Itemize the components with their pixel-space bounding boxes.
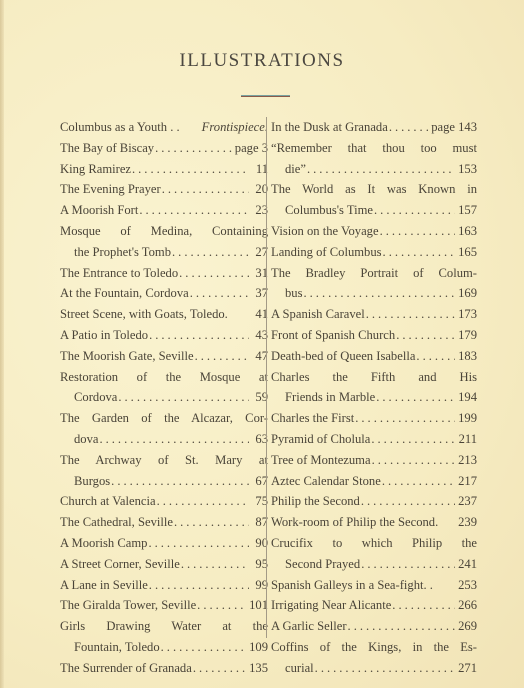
entry-page-number: 253 <box>458 575 477 596</box>
leader-dots <box>304 283 456 304</box>
leader-dots <box>181 554 249 575</box>
illustration-entry: Second Prayed241 <box>271 554 477 575</box>
leader-dots <box>372 450 456 471</box>
entry-title: Landing of Columbus <box>271 242 382 263</box>
entry-title: A Spanish Caravel <box>271 304 365 325</box>
entry-title: Columbus's Time <box>285 200 373 221</box>
illustration-entry: A Lane in Seville99 <box>60 575 268 596</box>
entry-title: The Entrance to Toledo <box>60 263 178 284</box>
illustration-entry: A Garlic Seller269 <box>271 616 477 637</box>
illustration-entry: Death-bed of Queen Isabella183 <box>271 346 477 367</box>
entry-title: Charles the Fifth and His <box>271 367 477 388</box>
leader-dots <box>190 283 249 304</box>
entry-title: Burgos <box>74 471 110 492</box>
illustration-entry: “Remember that thou too must <box>271 138 477 159</box>
illustration-entry: Burgos67 <box>60 471 268 492</box>
entry-title: Crucifix to which Philip the <box>271 533 477 554</box>
entry-page-number: 179 <box>458 325 477 346</box>
entry-title: bus <box>285 283 303 304</box>
illustration-entry: the Prophet's Tomb27 <box>60 242 268 263</box>
illustration-entry: dova63 <box>60 429 268 450</box>
illustration-entry: The Bay of Biscaypage 3 <box>60 138 268 159</box>
leader-dots <box>392 595 455 616</box>
leader-dots <box>366 304 455 325</box>
entry-title: Mosque of Medina, Containing <box>60 221 268 242</box>
entry-title: The Surrender of Granada <box>60 658 192 679</box>
illustration-entry: Pyramid of Cholula211 <box>271 429 477 450</box>
entry-title: curial <box>285 658 314 679</box>
entry-title: The Bay of Biscay <box>60 138 154 159</box>
leader-dots <box>197 595 246 616</box>
leader-dots <box>172 242 249 263</box>
leader-dots <box>348 616 456 637</box>
entry-title: die” <box>285 159 306 180</box>
entry-title: Charles the First <box>271 408 354 429</box>
entry-title: Church at Valencia <box>60 491 156 512</box>
entry-title: A Moorish Camp <box>60 533 147 554</box>
entry-title: Friends in Marble <box>285 387 375 408</box>
leader-dots <box>374 200 455 221</box>
entry-page-number: 211 <box>459 429 477 450</box>
illustration-entry: The Cathedral, Seville87 <box>60 512 268 533</box>
entry-page-number: 169 <box>458 283 477 304</box>
entry-page-number: 237 <box>458 491 477 512</box>
illustration-entry: The Giralda Tower, Seville101 <box>60 595 268 616</box>
entry-title: Cordova <box>74 387 117 408</box>
right-column: In the Dusk at Granadapage 143“Remember … <box>271 117 477 679</box>
leader-dots <box>179 263 249 284</box>
entry-title: A Patio in Toledo <box>60 325 148 346</box>
leader-dots <box>99 429 249 450</box>
illustration-entry: Columbus as a Youth . .Frontispiece. <box>60 117 268 138</box>
page-binding-edge <box>0 0 4 688</box>
entry-title: Tree of Montezuma <box>271 450 371 471</box>
illustration-entry: In the Dusk at Granadapage 143 <box>271 117 477 138</box>
illustration-entry: The Surrender of Granada135 <box>60 658 268 679</box>
entry-page-number: 173 <box>458 304 477 325</box>
entry-page-number: 271 <box>458 658 477 679</box>
leader-dots <box>161 637 246 658</box>
entry-page-number: 217 <box>458 471 477 492</box>
entry-title: Death-bed of Queen Isabella <box>271 346 415 367</box>
entry-page-number: 135 <box>249 658 268 679</box>
entry-page-number: 241 <box>458 554 477 575</box>
leader-dots <box>174 512 249 533</box>
entry-title: The Evening Prayer <box>60 179 161 200</box>
illustration-entry: die”153 <box>271 159 477 180</box>
leader-dots <box>380 221 456 242</box>
illustration-entry: Charles the Fifth and His <box>271 367 477 388</box>
illustration-entry: The Garden of the Alcazar, Cor- <box>60 408 268 429</box>
illustration-entry: Spanish Galleys in a Sea-fight. .253 <box>271 575 477 596</box>
illustration-entry: Vision on the Voyage163 <box>271 221 477 242</box>
illustration-entry: Charles the First199 <box>271 408 477 429</box>
entry-title: Spanish Galleys in a Sea-fight. . <box>271 575 433 596</box>
illustration-entry: Tree of Montezuma213 <box>271 450 477 471</box>
column-divider <box>266 117 267 638</box>
illustration-entry: Girls Drawing Water at the <box>60 616 268 637</box>
illustration-entry: King Ramirez11 <box>60 159 268 180</box>
entry-page-number: 194 <box>458 387 477 408</box>
illustration-entry: A Spanish Caravel173 <box>271 304 477 325</box>
entry-title: A Street Corner, Seville <box>60 554 180 575</box>
entry-title: Pyramid of Cholula <box>271 429 370 450</box>
leader-dots <box>355 408 455 429</box>
entry-page-number: Frontispiece. <box>202 117 268 138</box>
entry-title: Irrigating Near Alicante <box>271 595 391 616</box>
entry-page-number: 266 <box>458 595 477 616</box>
illustration-entry: Work-room of Philip the Second.239 <box>271 512 477 533</box>
illustration-entry: The Bradley Portrait of Colum- <box>271 263 477 284</box>
illustration-entry: A Street Corner, Seville95 <box>60 554 268 575</box>
illustration-entry: A Patio in Toledo43 <box>60 325 268 346</box>
leader-dots <box>396 325 455 346</box>
leader-dots <box>371 429 455 450</box>
entry-title: The Garden of the Alcazar, Cor- <box>60 408 268 429</box>
leader-dots <box>307 159 455 180</box>
entry-title: The Cathedral, Seville <box>60 512 173 533</box>
title-rule <box>241 95 290 97</box>
leader-dots <box>157 491 249 512</box>
illustration-entry: Fountain, Toledo109 <box>60 637 268 658</box>
illustration-entry: Crucifix to which Philip the <box>271 533 477 554</box>
leader-dots <box>111 471 249 492</box>
illustration-entry: curial271 <box>271 658 477 679</box>
illustration-entry: Friends in Marble194 <box>271 387 477 408</box>
illustration-entry: The Archway of St. Mary at <box>60 450 268 471</box>
entry-title: Front of Spanish Church <box>271 325 395 346</box>
entry-title: dova <box>74 429 98 450</box>
entry-page-number: 199 <box>458 408 477 429</box>
entry-title: A Moorish Fort <box>60 200 138 221</box>
illustration-entry: Mosque of Medina, Containing <box>60 221 268 242</box>
leader-dots <box>155 138 232 159</box>
illustration-entry: Coffins of the Kings, in the Es- <box>271 637 477 658</box>
page-title: ILLUSTRATIONS <box>0 50 524 72</box>
illustration-entry: Columbus's Time157 <box>271 200 477 221</box>
illustration-entry: Street Scene, with Goats, Toledo.41 <box>60 304 268 325</box>
entry-page-number: 183 <box>458 346 477 367</box>
entry-title: “Remember that thou too must <box>271 138 477 159</box>
illustration-entry: Cordova59 <box>60 387 268 408</box>
leader-dots <box>148 533 249 554</box>
entry-title: the Prophet's Tomb <box>74 242 171 263</box>
illustration-entry: A Moorish Fort23 <box>60 200 268 221</box>
leader-dots <box>162 179 249 200</box>
illustration-entry: Landing of Columbus165 <box>271 242 477 263</box>
leader-dots <box>389 117 428 138</box>
entry-page-number: 213 <box>458 450 477 471</box>
leader-dots <box>195 346 249 367</box>
leader-dots <box>382 471 455 492</box>
illustration-entry: The Entrance to Toledo31 <box>60 263 268 284</box>
entry-title: The Moorish Gate, Seville <box>60 346 194 367</box>
entry-title: Philip the Second <box>271 491 360 512</box>
entry-title: The Giralda Tower, Seville <box>60 595 196 616</box>
left-column: Columbus as a Youth . .Frontispiece.The … <box>60 117 268 679</box>
entry-title: Restoration of the Mosque at <box>60 367 268 388</box>
entry-title: The Archway of St. Mary at <box>60 450 268 471</box>
entry-title: King Ramirez <box>60 159 131 180</box>
entry-page-number: 153 <box>458 159 477 180</box>
illustration-entry: The World as It was Known in <box>271 179 477 200</box>
entry-page-number: page 3 <box>235 138 268 159</box>
entry-page-number: 239 <box>458 512 477 533</box>
illustration-entry: Aztec Calendar Stone217 <box>271 471 477 492</box>
illustration-entry: The Moorish Gate, Seville47 <box>60 346 268 367</box>
entry-title: Vision on the Voyage <box>271 221 379 242</box>
entry-page-number: 163 <box>458 221 477 242</box>
entry-title: Street Scene, with Goats, Toledo. <box>60 304 228 325</box>
leader-dots <box>118 387 249 408</box>
entry-title: Second Prayed <box>285 554 360 575</box>
entry-title: Girls Drawing Water at the <box>60 616 268 637</box>
entry-title: Columbus as a Youth . . <box>60 117 180 138</box>
leader-dots <box>361 491 455 512</box>
entry-page-number: 165 <box>458 242 477 263</box>
entry-title: Aztec Calendar Stone <box>271 471 381 492</box>
entry-title: In the Dusk at Granada <box>271 117 388 138</box>
entry-title: At the Fountain, Cordova <box>60 283 189 304</box>
illustration-entry: The Evening Prayer20 <box>60 179 268 200</box>
illustration-entry: Front of Spanish Church179 <box>271 325 477 346</box>
entry-page-number: 269 <box>458 616 477 637</box>
entry-title: A Garlic Seller <box>271 616 347 637</box>
leader-dots <box>383 242 456 263</box>
leader-dots <box>416 346 455 367</box>
illustration-entry: bus169 <box>271 283 477 304</box>
illustration-entry: A Moorish Camp90 <box>60 533 268 554</box>
leader-dots <box>132 159 249 180</box>
illustration-entry: Restoration of the Mosque at <box>60 367 268 388</box>
entry-page-number: page 143 <box>431 117 477 138</box>
illustration-entry: Church at Valencia75 <box>60 491 268 512</box>
leader-dots <box>361 554 455 575</box>
leader-dots <box>376 387 455 408</box>
leader-dots <box>149 575 249 596</box>
entry-title: Work-room of Philip the Second. <box>271 512 438 533</box>
leader-dots <box>149 325 249 346</box>
entry-title: The Bradley Portrait of Colum- <box>271 263 477 284</box>
entry-title: A Lane in Seville <box>60 575 148 596</box>
entry-page-number: 157 <box>458 200 477 221</box>
illustration-entry: Philip the Second237 <box>271 491 477 512</box>
illustration-entry: At the Fountain, Cordova37 <box>60 283 268 304</box>
leader-dots <box>193 658 246 679</box>
entry-title: Fountain, Toledo <box>74 637 160 658</box>
leader-dots <box>139 200 249 221</box>
entry-title: Coffins of the Kings, in the Es- <box>271 637 477 658</box>
entry-title: The World as It was Known in <box>271 179 477 200</box>
illustration-entry: Irrigating Near Alicante266 <box>271 595 477 616</box>
entry-page-number: 109 <box>249 637 268 658</box>
leader-dots <box>315 658 455 679</box>
